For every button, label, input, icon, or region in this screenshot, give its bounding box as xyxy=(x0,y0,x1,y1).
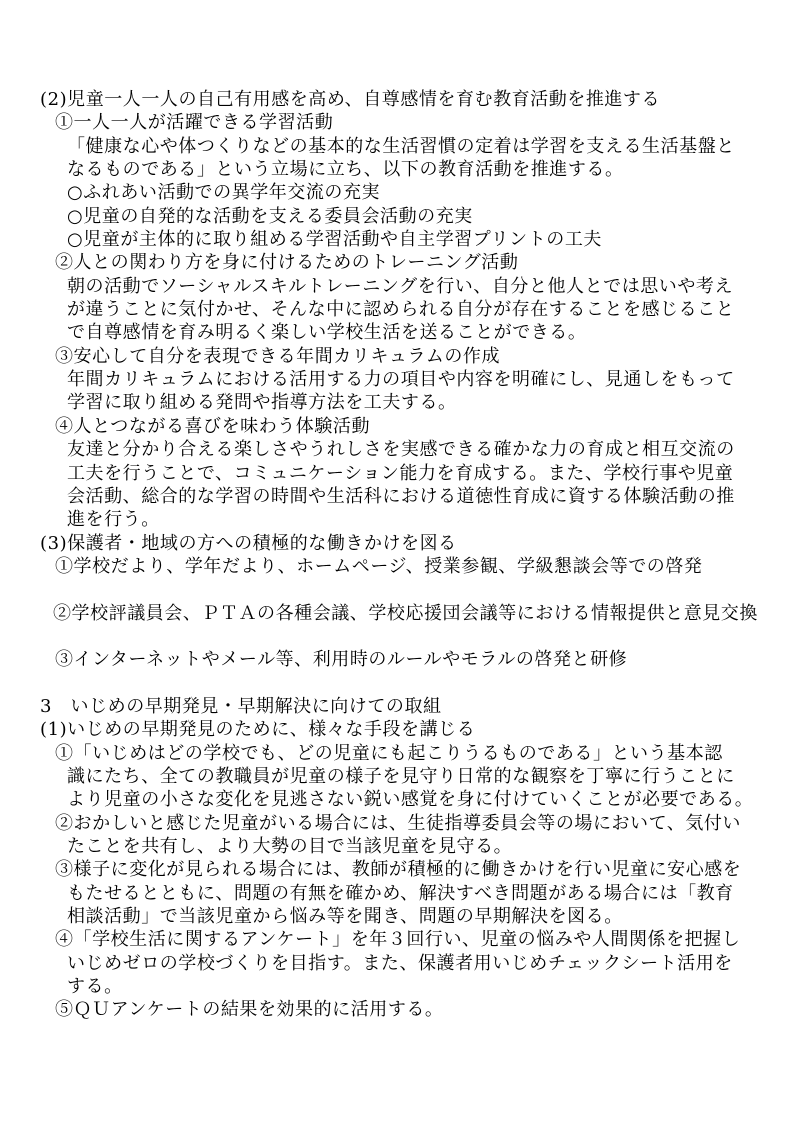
text-line: いじめゼロの学校づくりを目指す。また、保護者用いじめチェックシート活用を xyxy=(0,952,794,975)
text-line: ③安心して自分を表現できる年間カリキュラムの作成 xyxy=(0,345,794,368)
text-line: する。 xyxy=(0,975,794,998)
text-line: より児童の小さな変化を見逃さない鋭い感覚を身に付けていくことが必要である。 xyxy=(0,788,794,811)
text-line: 工夫を行うことで、コミュニケーション能力を育成する。また、学校行事や児童 xyxy=(0,462,794,485)
text-line: ④人とつながる喜びを味わう体験活動 xyxy=(0,415,794,438)
text-line: もたせるとともに、問題の有無を確かめ、解決すべき問題がある場合には「教育 xyxy=(0,882,794,905)
text-line: 識にたち、全ての教職員が児童の様子を見守り日常的な観察を丁寧に行うことに xyxy=(0,765,794,788)
blank-line xyxy=(0,672,794,695)
text-line: 年間カリキュラムにおける活用する力の項目や内容を明確にし、見通しをもって xyxy=(0,368,794,391)
text-line: ③様子に変化が見られる場合には、教師が積極的に働きかけを行い児童に安心感を xyxy=(0,858,794,881)
text-line: で自尊感情を育み明るく楽しい学校生活を送ることができる。 xyxy=(0,321,794,344)
text-line: たことを共有し、より大勢の目で当該児童を見守る。 xyxy=(0,835,794,858)
text-line: ⑤ＱＵアンケートの結果を効果的に活用する。 xyxy=(0,998,794,1021)
text-line: ○ふれあい活動での異学年交流の充実 xyxy=(0,181,794,204)
text-line: ①一人一人が活躍できる学習活動 xyxy=(0,111,794,134)
text-line: 3 いじめの早期発見・早期解決に向けての取組 xyxy=(0,695,794,718)
text-line: 朝の活動でソーシャルスキルトレーニングを行い、自分と他人とでは思いや考え xyxy=(0,275,794,298)
blank-line xyxy=(0,578,794,601)
text-line: (3)保護者・地域の方への積極的な働きかけを図る xyxy=(0,532,794,555)
text-line: ③インターネットやメール等、利用時のルールやモラルの啓発と研修 xyxy=(0,648,794,671)
text-line: ④「学校生活に関するアンケート」を年３回行い、児童の悩みや人間関係を把握し xyxy=(0,928,794,951)
text-line: 「健康な心や体つくりなどの基本的な生活習慣の定着は学習を支える生活基盤と xyxy=(0,135,794,158)
text-line: ○児童の自発的な活動を支える委員会活動の充実 xyxy=(0,205,794,228)
text-line: 進を行う。 xyxy=(0,508,794,531)
blank-line xyxy=(0,625,794,648)
text-line: が違うことに気付かせ、そんな中に認められる自分が存在することを感じること xyxy=(0,298,794,321)
text-line: 友達と分かり合える楽しさやうれしさを実感できる確かな力の育成と相互交流の xyxy=(0,438,794,461)
text-line: (2)児童一人一人の自己有用感を高め、自尊感情を育む教育活動を推進する xyxy=(0,88,794,111)
text-line: ②学校評議員会、ＰＴＡの各種会議、学校応援団会議等における情報提供と意見交換 xyxy=(0,602,794,625)
text-line: ①学校だより、学年だより、ホームページ、授業参観、学級懇談会等での啓発 xyxy=(0,555,794,578)
text-line: 会活動、総合的な学習の時間や生活科における道徳性育成に資する体験活動の推 xyxy=(0,485,794,508)
text-line: ①「いじめはどの学校でも、どの児童にも起こりうるものである」という基本認 xyxy=(0,742,794,765)
document-page: (2)児童一人一人の自己有用感を高め、自尊感情を育む教育活動を推進する①一人一人… xyxy=(0,0,794,1123)
text-line: 相談活動」で当該児童から悩み等を聞き、問題の早期解決を図る。 xyxy=(0,905,794,928)
text-line: ○児童が主体的に取り組める学習活動や自主学習プリントの工夫 xyxy=(0,228,794,251)
text-line: ②人との関わり方を身に付けるためのトレーニング活動 xyxy=(0,251,794,274)
text-line: (1)いじめの早期発見のために、様々な手段を講じる xyxy=(0,718,794,741)
text-line: ②おかしいと感じた児童がいる場合には、生徒指導委員会等の場において、気付い xyxy=(0,812,794,835)
text-line: 学習に取り組める発問や指導方法を工夫する。 xyxy=(0,391,794,414)
text-line: なるものである」という立場に立ち、以下の教育活動を推進する。 xyxy=(0,158,794,181)
document-body: (2)児童一人一人の自己有用感を高め、自尊感情を育む教育活動を推進する①一人一人… xyxy=(0,88,794,1022)
